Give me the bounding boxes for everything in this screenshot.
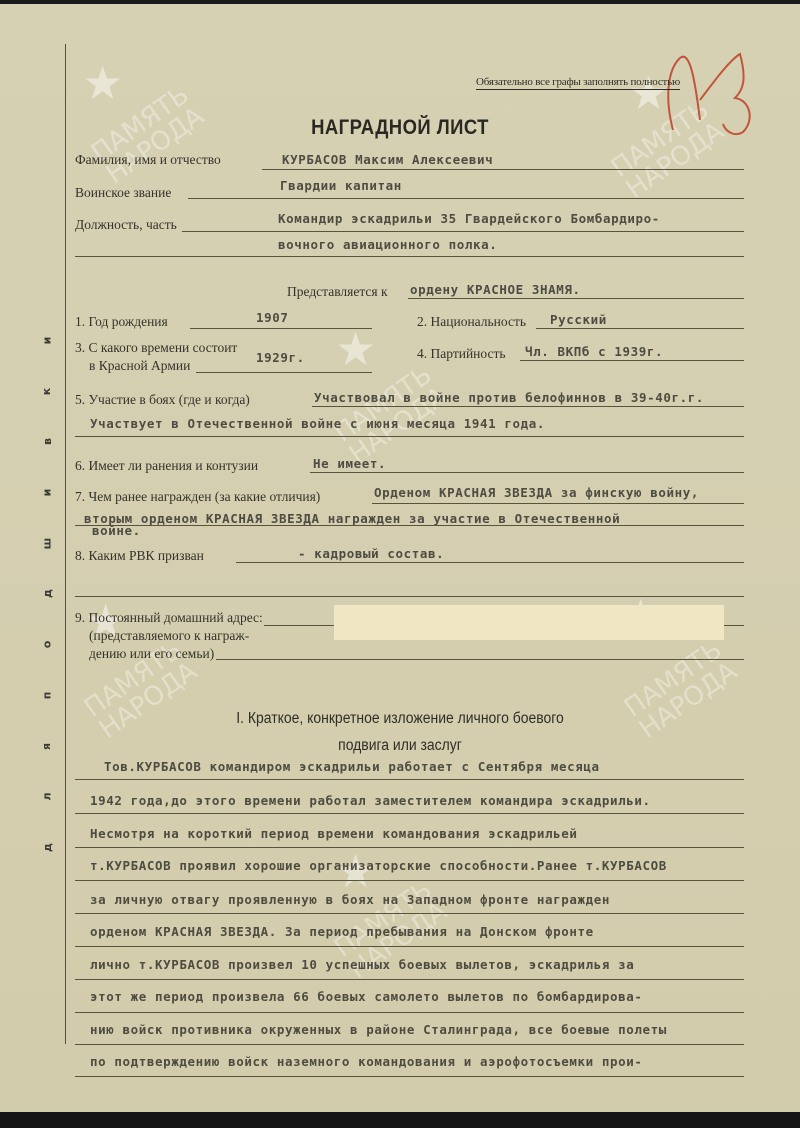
rank-label: Воинское звание <box>75 185 171 201</box>
nationality-line <box>536 328 744 329</box>
feat-text-line: по подтверждению войск наземного командо… <box>90 1054 643 1069</box>
feat-text-line: т.КУРБАСОВ проявил хорошие организаторск… <box>90 858 667 873</box>
address-line-2 <box>216 659 744 660</box>
battles-value-line1: Участвовал в войне против белофиннов в 3… <box>314 390 704 405</box>
previous-awards-label: 7. Чем ранее награжден (за какие отличия… <box>75 489 320 505</box>
rvk-label: 8. Каким РВК призван <box>75 548 204 564</box>
army-since-value: 1929г. <box>256 350 305 365</box>
feat-rule <box>75 880 744 881</box>
watermark-star-icon: ★ <box>335 322 376 376</box>
party-value: Чл. ВКПб с 1939г. <box>525 344 663 359</box>
scan-edge <box>0 1112 800 1128</box>
feat-rule <box>75 1012 744 1013</box>
binding-margin-line <box>65 44 66 1044</box>
margin-char: к <box>41 387 54 394</box>
margin-char: л <box>41 793 54 801</box>
previous-awards-line-2 <box>75 525 744 526</box>
army-since-label-2: в Красной Армии <box>89 358 190 374</box>
position-line-2 <box>75 256 744 257</box>
nominated-for-line <box>408 298 744 299</box>
battles-line <box>312 406 744 407</box>
previous-awards-value-line2: вторым орденом КРАСНАЯ ЗВЕЗДА награжден … <box>84 511 620 526</box>
margin-char: о <box>41 641 54 649</box>
army-since-line <box>196 372 372 373</box>
feat-section-heading: I. Краткое, конкретное изложение личного… <box>40 710 760 728</box>
feat-text-line: Тов.КУРБАСОВ командиром эскадрильи работ… <box>104 759 600 774</box>
feat-rule <box>75 979 744 980</box>
margin-char: ш <box>41 537 54 549</box>
nominated-for-label: Представляется к <box>287 284 388 300</box>
rank-value: Гвардии капитан <box>280 178 402 193</box>
feat-rule <box>75 1044 744 1045</box>
position-value-line1: Командир эскадрильи 35 Гвардейского Бомб… <box>278 211 660 226</box>
binding-margin-text: и к в и ш д о п я л д <box>40 334 54 854</box>
nominated-for-value: ордену КРАСНОЕ ЗНАМЯ. <box>410 282 581 297</box>
address-label: 9. Постоянный домашний адрес: <box>75 610 263 626</box>
battles-label: 5. Участие в боях (где и когда) <box>75 392 250 408</box>
nationality-value: Русский <box>550 312 607 327</box>
birth-year-value: 1907 <box>256 310 289 325</box>
full-name-value: КУРБАСОВ Максим Алексеевич <box>282 152 493 167</box>
award-sheet-page: и к в и ш д о п я л д ★ ПАМЯТЬ НАРОДА ★ … <box>0 4 800 1114</box>
feat-rule <box>75 913 744 914</box>
full-name-label: Фамилия, имя и отчество <box>75 152 221 168</box>
margin-char: и <box>41 337 54 345</box>
wounds-label: 6. Имеет ли ранения и контузии <box>75 458 258 474</box>
margin-char: в <box>41 438 54 445</box>
feat-text-line: за личную отвагу проявленную в боях на З… <box>90 892 610 907</box>
position-value-line2: вочного авиационного полка. <box>278 237 497 252</box>
feat-text-line: 1942 года,до этого времени работал замес… <box>90 793 651 808</box>
previous-awards-value-line1: Орденом КРАСНАЯ ЗВЕЗДА за финскую войну, <box>374 485 699 500</box>
previous-awards-value-line3: войне. <box>92 523 141 538</box>
rvk-line <box>236 562 744 563</box>
wounds-value: Не имеет. <box>313 456 386 471</box>
feat-text-line: орденом КРАСНАЯ ЗВЕЗДА. За период пребыв… <box>90 924 594 939</box>
rvk-value: - кадровый состав. <box>298 546 444 561</box>
feat-text-line: Несмотря на короткий период времени кома… <box>90 826 578 841</box>
address-label-3: дению или его семьи) <box>89 646 214 662</box>
margin-char: и <box>41 489 54 497</box>
rvk-line-2 <box>75 596 744 597</box>
birth-year-label: 1. Год рождения <box>75 314 168 330</box>
position-label: Должность, часть <box>75 217 177 233</box>
party-label: 4. Партийность <box>417 346 506 362</box>
feat-rule <box>75 779 744 780</box>
rank-line <box>188 198 744 199</box>
feat-rule <box>75 847 744 848</box>
nationality-label: 2. Национальность <box>417 314 526 330</box>
watermark: ПАМЯТЬ НАРОДА <box>330 362 451 469</box>
position-line <box>182 231 744 232</box>
feat-rule <box>75 946 744 947</box>
page-title: НАГРАДНОЙ ЛИСТ <box>48 116 752 140</box>
wounds-line <box>310 472 744 473</box>
address-label-2: (представляемого к награж- <box>89 628 249 644</box>
margin-char: д <box>40 843 53 852</box>
address-redaction-box <box>334 605 724 640</box>
feat-rule <box>75 813 744 814</box>
feat-text-line: лично т.КУРБАСОВ произвел 10 успешных бо… <box>90 957 634 972</box>
instruction-notice: Обязательно все графы заполнять полность… <box>476 76 680 90</box>
battles-value-line2: Участвует в Отечественной войне с июня м… <box>90 416 545 431</box>
battles-line-2 <box>75 436 744 437</box>
feat-rule <box>75 1076 744 1077</box>
full-name-line <box>262 169 744 170</box>
margin-char: д <box>40 589 53 598</box>
party-line <box>520 360 744 361</box>
birth-year-line <box>190 328 372 329</box>
army-since-label: 3. С какого времени состоит <box>75 340 237 356</box>
watermark-star-icon: ★ <box>82 56 123 110</box>
feat-section-heading-2: подвига или заслуг <box>40 737 760 755</box>
previous-awards-line <box>372 503 744 504</box>
feat-text-line: нию войск противника окруженных в районе… <box>90 1022 667 1037</box>
feat-text-line: этот же период произвела 66 боевых самол… <box>90 989 643 1004</box>
margin-char: п <box>40 692 53 700</box>
